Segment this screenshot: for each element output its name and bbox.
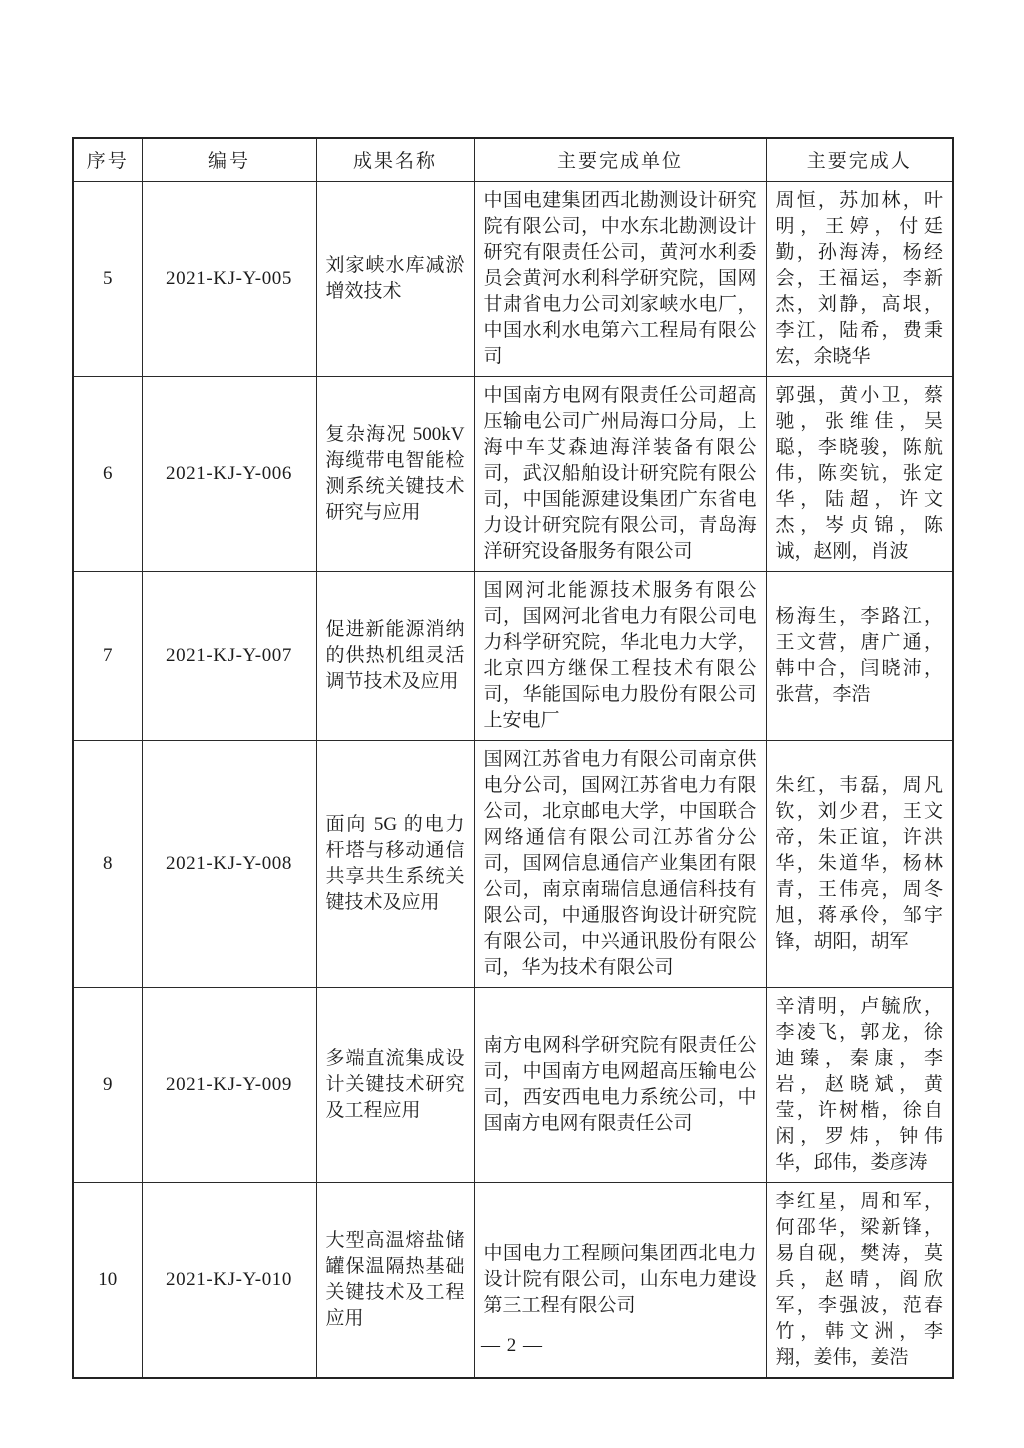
cell-main-people: 朱红，韦磊，周凡钦，刘少君，王文帝，朱正谊，许洪华，朱道华，杨林青，王伟亮，周冬…: [766, 740, 953, 987]
cell-achievement-name: 面向 5G 的电力杆塔与移动通信共享共生系统关键技术及应用: [316, 740, 474, 987]
cell-main-units: 南方电网科学研究院有限责任公司，中国南方电网超高压输电公司，西安西电电力系统公司…: [474, 987, 766, 1182]
cell-achievement-name: 刘家峡水库减淤增效技术: [316, 181, 474, 376]
cell-achievement-name: 促进新能源消纳的供热机组灵活调节技术及应用: [316, 571, 474, 740]
cell-serial-number: 6: [73, 376, 142, 571]
header-achievement-name: 成果名称: [316, 138, 474, 181]
cell-main-units: 国网河北能源技术服务有限公司，国网河北省电力有限公司电力科学研究院，华北电力大学…: [474, 571, 766, 740]
cell-main-units: 中国电建集团西北勘测设计研究院有限公司，中水东北勘测设计研究有限责任公司，黄河水…: [474, 181, 766, 376]
cell-achievement-name: 复杂海况 500kV 海缆带电智能检测系统关键技术研究与应用: [316, 376, 474, 571]
cell-achievement-name: 多端直流集成设计关键技术研究及工程应用: [316, 987, 474, 1182]
table-row: 6 2021-KJ-Y-006 复杂海况 500kV 海缆带电智能检测系统关键技…: [73, 376, 953, 571]
page-number: — 2 —: [0, 1335, 1024, 1357]
achievements-table: 序号 编号 成果名称 主要完成单位 主要完成人 5 2021-KJ-Y-005 …: [72, 137, 954, 1379]
cell-main-units: 国网江苏省电力有限公司南京供电分公司，国网江苏省电力有限公司，北京邮电大学，中国…: [474, 740, 766, 987]
cell-main-people: 周恒，苏加林，叶明，王婷，付廷勤，孙海涛，杨经会，王福运，李新杰，刘静，高垠，李…: [766, 181, 953, 376]
header-main-people: 主要完成人: [766, 138, 953, 181]
table-header-row: 序号 编号 成果名称 主要完成单位 主要完成人: [73, 138, 953, 181]
table-row: 9 2021-KJ-Y-009 多端直流集成设计关键技术研究及工程应用 南方电网…: [73, 987, 953, 1182]
table-row: 7 2021-KJ-Y-007 促进新能源消纳的供热机组灵活调节技术及应用 国网…: [73, 571, 953, 740]
cell-main-people: 杨海生，李路江，王文营，唐广通，韩中合，闫晓沛，张营，李浩: [766, 571, 953, 740]
cell-serial-number: 8: [73, 740, 142, 987]
cell-main-units: 中国南方电网有限责任公司超高压输电公司广州局海口分局，上海中车艾森迪海洋装备有限…: [474, 376, 766, 571]
table-row: 8 2021-KJ-Y-008 面向 5G 的电力杆塔与移动通信共享共生系统关键…: [73, 740, 953, 987]
cell-code: 2021-KJ-Y-006: [142, 376, 316, 571]
cell-serial-number: 9: [73, 987, 142, 1182]
cell-code: 2021-KJ-Y-009: [142, 987, 316, 1182]
cell-code: 2021-KJ-Y-005: [142, 181, 316, 376]
cell-code: 2021-KJ-Y-007: [142, 571, 316, 740]
header-main-units: 主要完成单位: [474, 138, 766, 181]
cell-code: 2021-KJ-Y-008: [142, 740, 316, 987]
cell-serial-number: 5: [73, 181, 142, 376]
header-code: 编号: [142, 138, 316, 181]
cell-main-people: 辛清明，卢毓欣，李凌飞，郭龙，徐迪臻，秦康，李岩，赵晓斌，黄莹，许树楷，徐自闲，…: [766, 987, 953, 1182]
document-page: 序号 编号 成果名称 主要完成单位 主要完成人 5 2021-KJ-Y-005 …: [0, 0, 1024, 1448]
cell-main-people: 郭强，黄小卫，蔡驰，张维佳，吴聪，李晓骏，陈航伟，陈奕钪，张定华，陆超，许文杰，…: [766, 376, 953, 571]
table-row: 5 2021-KJ-Y-005 刘家峡水库减淤增效技术 中国电建集团西北勘测设计…: [73, 181, 953, 376]
cell-serial-number: 7: [73, 571, 142, 740]
header-serial-number: 序号: [73, 138, 142, 181]
